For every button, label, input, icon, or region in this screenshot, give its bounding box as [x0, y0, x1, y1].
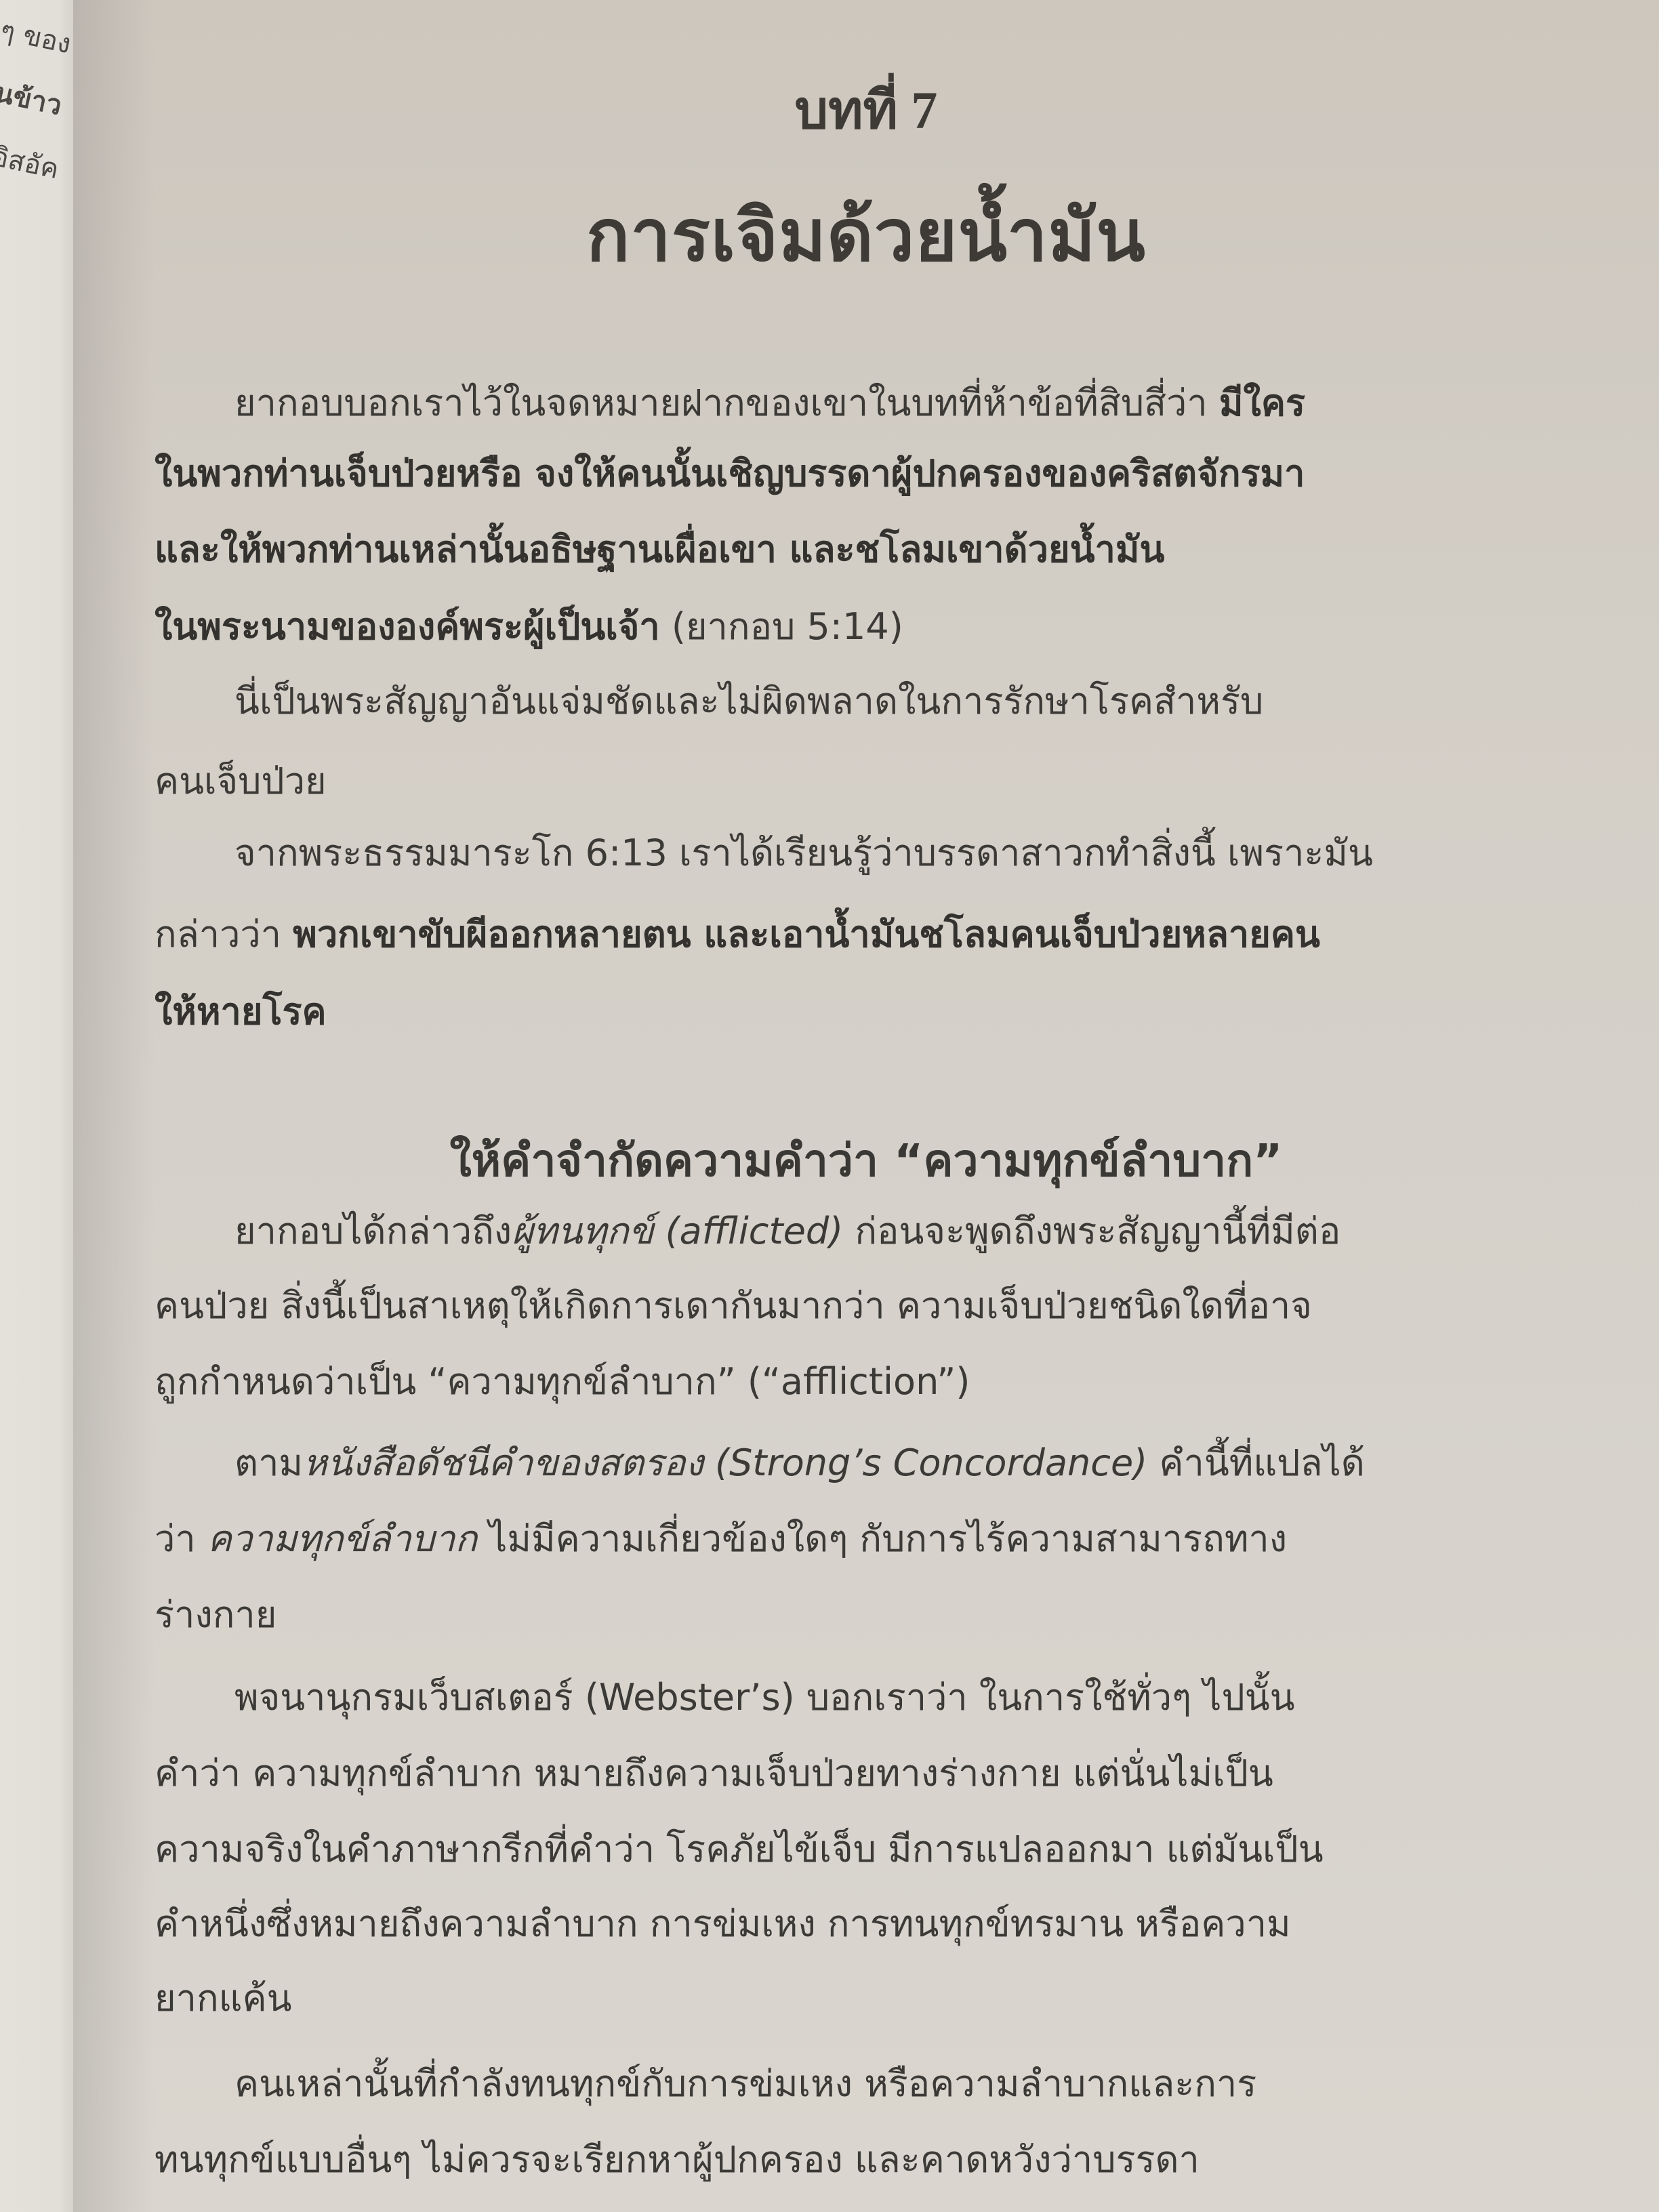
- italic-text-run: ผู้ทนทุกข์ (afflicted): [512, 1210, 843, 1252]
- italic-text-run: ความทุกข์ลำบาก: [207, 1517, 477, 1560]
- paragraph-line: ตามหนังสือดัชนีคำของสตรอง (Strong’s Conc…: [234, 1445, 1365, 1481]
- book-page: บทที่ 7 การเจิมด้วยน้ำมัน ยากอบบอกเราไว้…: [73, 0, 1659, 2212]
- bold-text-run: ในพระนามขององค์พระผู้เป็นเจ้า: [155, 605, 660, 648]
- paragraph-line: คนป่วย สิ่งนี้เป็นสาเหตุให้เกิดการเดากัน…: [155, 1288, 1312, 1324]
- paragraph-line: ร่างกาย: [155, 1597, 276, 1633]
- chapter-number: บทที่ 7: [155, 68, 1578, 152]
- paragraph-line: ความจริงในคำภาษากรีกที่คำว่า โรคภัยไข้เจ…: [155, 1831, 1324, 1868]
- paragraph-line: ในพระนามขององค์พระผู้เป็นเจ้า (ยากอบ 5:1…: [155, 609, 903, 645]
- text-run: ไม่มีความเกี่ยวข้องใดๆ กับการไร้ความสามา…: [477, 1517, 1287, 1560]
- paragraph-line: ยากอบบอกเราไว้ในจดหมายฝากของเขาในบทที่ห้…: [234, 385, 1305, 422]
- paragraph-line: พจนานุกรมเว็บสเตอร์ (Webster’s) บอกเราว่…: [234, 1679, 1295, 1716]
- text-run: กล่าวว่า: [155, 913, 293, 956]
- previous-page-text: ๆ ของ: [0, 8, 75, 65]
- italic-text-run: หนังสือดัชนีคำของสตรอง (Strong’s Concord…: [303, 1441, 1147, 1484]
- text-run: ตาม: [234, 1441, 303, 1484]
- bold-text-run: พวกเขาขับผีออกหลายตน และเอาน้ำมันชโลมคนเ…: [293, 913, 1320, 956]
- paragraph-line: ถูกกำหนดว่าเป็น “ความทุกข์ลำบาก” (“affli…: [155, 1364, 970, 1400]
- previous-page-edge: ๆ ของ นข้าว อิสอัค: [0, 0, 73, 2212]
- paragraph-line: นี่เป็นพระสัญญาอันแจ่มชัดและไม่ผิดพลาดใน…: [234, 683, 1263, 720]
- text-run: ยากอบบอกเราไว้ในจดหมายฝากของเขาในบทที่ห้…: [234, 382, 1219, 424]
- text-run: ยากอบได้กล่าวถึง: [234, 1210, 512, 1252]
- previous-page-text: อิสอัค: [0, 134, 63, 190]
- paragraph-line: ในพวกท่านเจ็บป่วยหรือ จงให้คนนั้นเชิญบรร…: [155, 455, 1305, 492]
- scripture-reference: (ยากอบ 5:14): [660, 605, 903, 648]
- section-heading: ให้คำจำกัดความคำว่า “ความทุกข์ลำบาก”: [155, 1125, 1578, 1196]
- paragraph-line: คำหนึ่งซึ่งหมายถึงความลำบาก การข่มเหง กา…: [155, 1906, 1291, 1942]
- paragraph-line: ทนทุกข์แบบอื่นๆ ไม่ควรจะเรียกหาผู้ปกครอง…: [155, 2142, 1200, 2178]
- paragraph-line: จากพระธรรมมาระโก 6:13 เราได้เรียนรู้ว่าบ…: [234, 835, 1373, 872]
- previous-page-text: นข้าว: [0, 70, 66, 127]
- text-run: ว่า: [155, 1517, 207, 1560]
- bold-text-run: มีใคร: [1219, 382, 1305, 424]
- paragraph-line: ยากอบได้กล่าวถึงผู้ทนทุกข์ (afflicted) ก…: [234, 1213, 1340, 1250]
- chapter-title: การเจิมด้วยน้ำมัน: [155, 178, 1578, 292]
- paragraph-line: ว่า ความทุกข์ลำบาก ไม่มีความเกี่ยวข้องใด…: [155, 1521, 1287, 1557]
- paragraph-line: กล่าวว่า พวกเขาขับผีออกหลายตน และเอาน้ำม…: [155, 916, 1320, 953]
- text-run: ก่อนจะพูดถึงพระสัญญานี้ที่มีต่อ: [843, 1210, 1340, 1252]
- paragraph-line: คำว่า ความทุกข์ลำบาก หมายถึงความเจ็บป่วย…: [155, 1755, 1273, 1792]
- paragraph-line: ให้หายโรค: [155, 994, 327, 1030]
- paragraph-line: ยากแค้น: [155, 1980, 292, 2017]
- paragraph-line: คนเหล่านั้นที่กำลังทนทุกข์กับการข่มเหง ห…: [234, 2066, 1256, 2102]
- text-run: คำนี้ที่แปลได้: [1147, 1441, 1365, 1484]
- paragraph-line: และให้พวกท่านเหล่านั้นอธิษฐานเผื่อเขา แล…: [155, 531, 1164, 568]
- paragraph-line: คนเจ็บป่วย: [155, 763, 327, 800]
